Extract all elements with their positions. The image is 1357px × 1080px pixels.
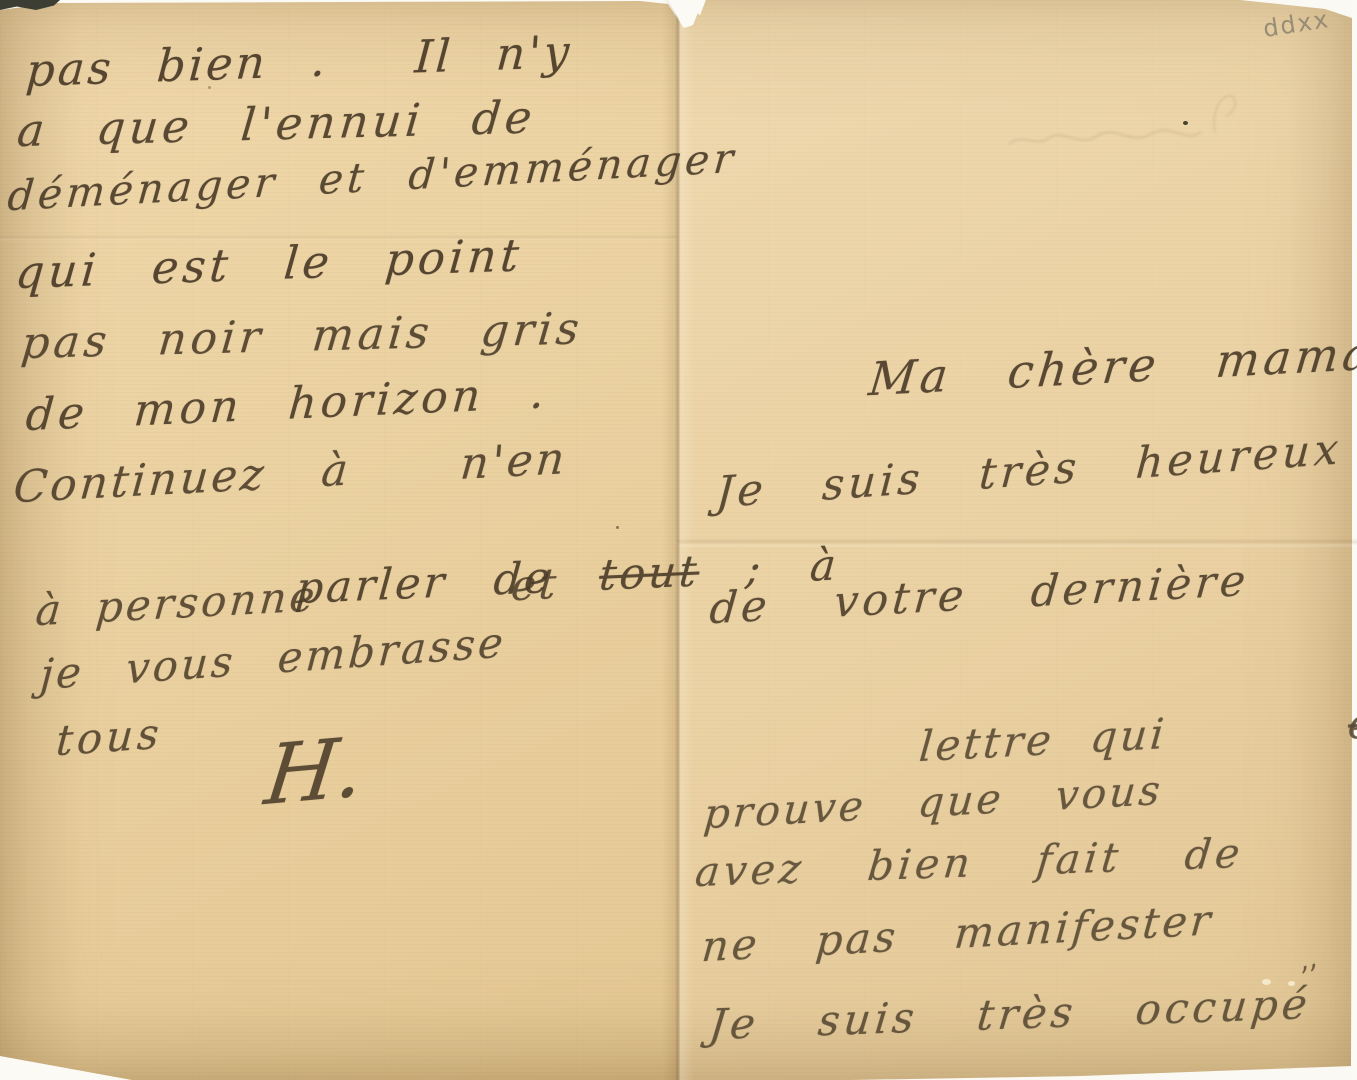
ink-bleedthrough-marks xyxy=(1005,118,1205,158)
struck-word: tout xyxy=(597,546,701,601)
line-segment: lettre qui xyxy=(917,699,1350,771)
handwritten-line: tous xyxy=(55,709,165,766)
letter-scan: ddxx pas bien . Il n'y a que l'ennui de … xyxy=(0,0,1357,1080)
signature-initial: H. xyxy=(260,719,369,824)
ink-bleedthrough-mark-2 xyxy=(1205,88,1245,138)
ink-speck xyxy=(1183,121,1188,125)
